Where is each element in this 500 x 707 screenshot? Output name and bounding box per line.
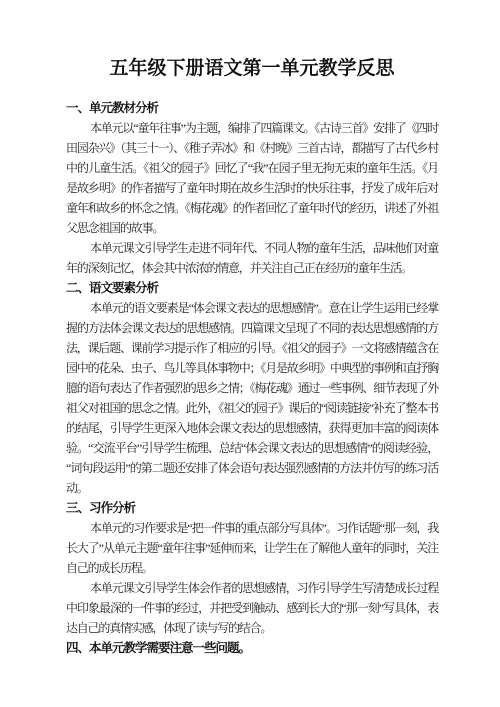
paragraph: 本单元的语文要素是“体会课文表达的思想感情”。意在让学生运用已经掌握的方法体会课… — [66, 298, 438, 498]
document-body: 一、单元教材分析本单元以“童年往事”为主题，编排了四篇课文。《古诗三首》安排了《… — [66, 98, 438, 658]
document-title: 五年级下册语文第一单元教学反思 — [66, 50, 438, 88]
document-page: 五年级下册语文第一单元教学反思 一、单元教材分析本单元以“童年往事”为主题，编排… — [0, 0, 500, 707]
paragraph: 本单元以“童年往事”为主题，编排了四篇课文。《古诗三首》安排了《四时田园杂兴》（… — [66, 118, 438, 238]
section-heading: 四、本单元教学需要注意一些问题。 — [66, 638, 438, 658]
paragraph: 本单元课文引导学生走进不同年代、不同人物的童年生活，品味他们对童年的深刻记忆，体… — [66, 238, 438, 278]
paragraph: 本单元课文引导学生体会作者的思想感情，习作引导学生写清楚成长过程中印象最深的一件… — [66, 578, 438, 638]
section-heading: 三、习作分析 — [66, 498, 438, 518]
section-heading: 一、单元教材分析 — [66, 98, 438, 118]
section-heading: 二、语文要素分析 — [66, 278, 438, 298]
paragraph: 本单元的习作要求是“把一件事的重点部分写具体”。习作话题“那一刻，我长大了”从单… — [66, 518, 438, 578]
